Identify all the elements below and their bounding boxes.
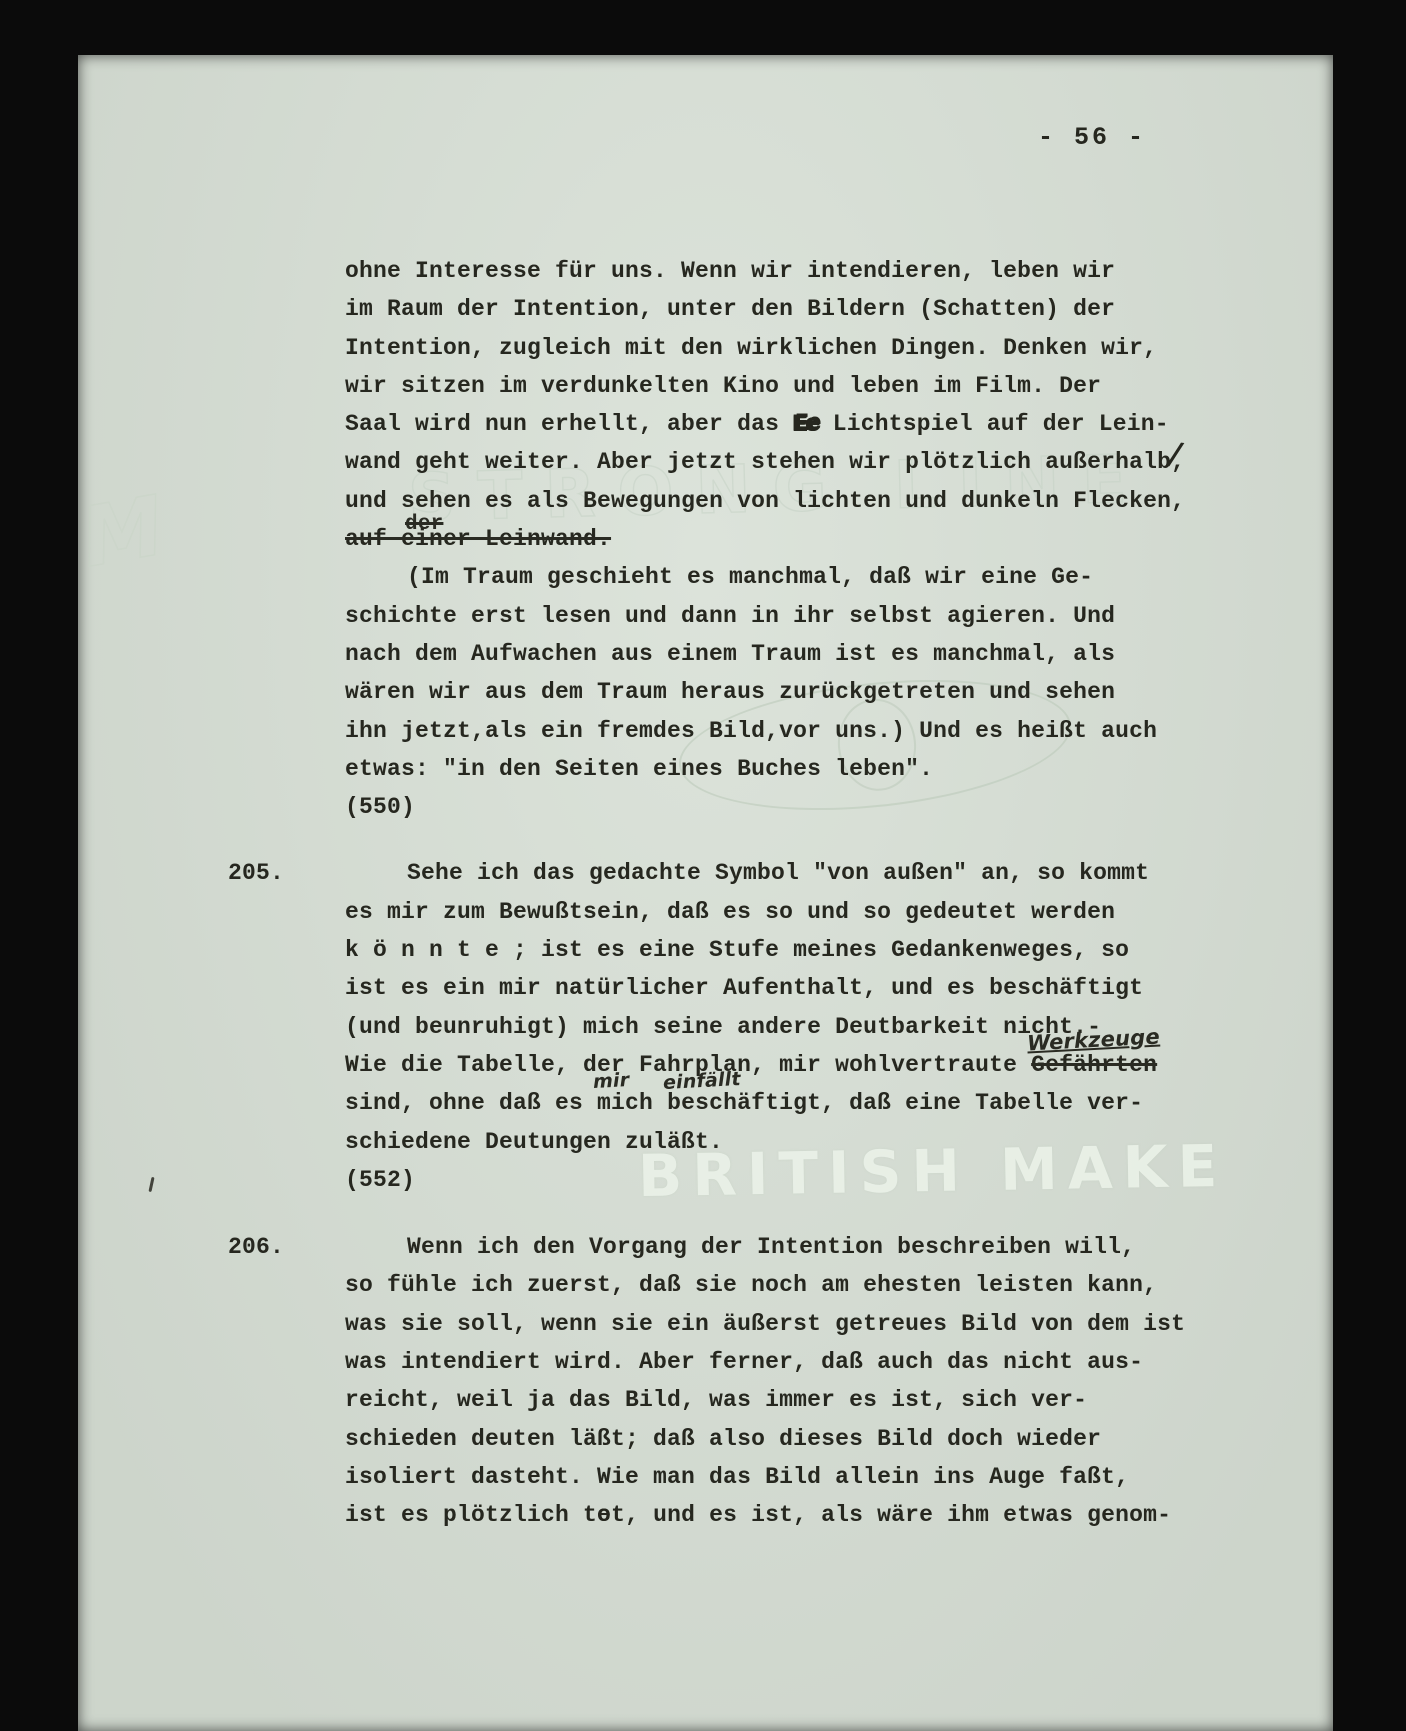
text-line: Saal wird nun erhellt, aber das Ee Licht…	[345, 405, 1195, 443]
text-line: sind, ohne daß es michmir beschäftigt,ei…	[345, 1084, 1195, 1122]
scanned-typescript-photo: { "page": { "number_label": "- 56 -", "p…	[0, 0, 1406, 1731]
section-206: 206.Wenn ich den Vorgang der Intention b…	[345, 1228, 1195, 1534]
typed-text: ist es plötzlich t	[345, 1502, 597, 1528]
text-line: so fühle ich zuerst, daß sie noch am ehe…	[345, 1266, 1195, 1304]
typed-text: schichte erst lesen und dann in ihr selb…	[345, 603, 1115, 629]
typed-text: reicht, weil ja das Bild, was immer es i…	[345, 1387, 1087, 1413]
struck-out-text: auf einer Leinwand.	[345, 526, 611, 552]
text-line: reicht, weil ja das Bild, was immer es i…	[345, 1381, 1195, 1419]
text-line: auf einer Leinwand.	[345, 520, 1195, 558]
text-line: im Raum der Intention, unter den Bildern…	[345, 290, 1195, 328]
typed-text: michmir	[597, 1084, 653, 1122]
handwritten-slash: /	[1168, 436, 1183, 475]
typed-text: wir sitzen im verdunkelten Kino und lebe…	[345, 373, 1101, 399]
typed-text: beschäftigt,einfällt	[667, 1084, 835, 1122]
typed-text: (550)	[345, 794, 415, 820]
typed-text: was intendiert wird. Aber ferner, daß au…	[345, 1349, 1143, 1375]
typed-text: k ö n n t e ; ist es eine Stufe meines G…	[345, 937, 1129, 963]
typed-text: Lichtspiel auf der Lein-	[819, 411, 1169, 437]
typed-text: sehender	[401, 482, 471, 520]
typed-text: (552)	[345, 1167, 415, 1193]
text-line: ohne Interesse für uns. Wenn wir intendi…	[345, 252, 1195, 290]
typed-text: was sie soll, wenn sie ein äußerst getre…	[345, 1311, 1185, 1337]
text-line: Wie die Tabelle, der Fahrplan, mir wohlv…	[345, 1046, 1195, 1084]
text-line: was sie soll, wenn sie ein äußerst getre…	[345, 1305, 1195, 1343]
text-line: Wenn ich den Vorgang der Intention besch…	[345, 1228, 1195, 1266]
typed-text: ,/	[1171, 443, 1185, 481]
text-line: ist es plötzlich teot, und es ist, als w…	[345, 1496, 1195, 1534]
typed-text: im Raum der Intention, unter den Bildern…	[345, 296, 1115, 322]
typed-text: Wenn ich den Vorgang der Intention besch…	[407, 1234, 1135, 1260]
text-line: Sehe ich das gedachte Symbol "von außen"…	[345, 854, 1195, 892]
typed-text: Saal wird nun erhellt, aber das	[345, 411, 793, 437]
text-line: nach dem Aufwachen aus einem Traum ist e…	[345, 635, 1195, 673]
text-line: Intention, zugleich mit den wirklichen D…	[345, 329, 1195, 367]
typed-text: daß eine Tabelle ver-	[835, 1090, 1143, 1116]
text-column: ohne Interesse für uns. Wenn wir intendi…	[345, 252, 1195, 1535]
typed-text: nach dem Aufwachen aus einem Traum ist e…	[345, 641, 1115, 667]
text-line: (550)	[345, 788, 1195, 826]
text-line: k ö n n t e ; ist es eine Stufe meines G…	[345, 931, 1195, 969]
typed-text: t, und es ist, als wäre ihm etwas genom-	[611, 1502, 1171, 1528]
typed-text: (und beunruhigt) mich seine andere Deutb…	[345, 1014, 1101, 1040]
typed-text: ohne Interesse für uns. Wenn wir intendi…	[345, 258, 1115, 284]
section-number: 205.	[228, 854, 284, 892]
typed-text: ist es ein mir natürlicher Aufenthalt, u…	[345, 975, 1143, 1001]
typed-text: (Im Traum geschieht es manchmal, daß wir…	[407, 564, 1093, 590]
typed-text: Intention, zugleich mit den wirklichen D…	[345, 335, 1157, 361]
handwritten-annotation: Werkzeuge	[1026, 1017, 1161, 1062]
text-line: schieden deuten läßt; daß also dieses Bi…	[345, 1420, 1195, 1458]
text-line: und sehender es als Bewegungen von licht…	[345, 482, 1195, 520]
section-205: 205.Sehe ich das gedachte Symbol "von au…	[345, 854, 1195, 1199]
overtyped-character: o	[597, 1496, 611, 1534]
typed-text: so fühle ich zuerst, daß sie noch am ehe…	[345, 1272, 1157, 1298]
text-line: (552)	[345, 1161, 1195, 1199]
struck-out-text: GefährtenWerkzeuge	[1031, 1046, 1157, 1084]
typed-text: Sehe ich das gedachte Symbol "von außen"…	[407, 860, 1149, 886]
typed-text: ihn jetzt,als ein fremdes Bild,vor uns.)…	[345, 718, 1157, 744]
text-line: isoliert dasteht. Wie man das Bild allei…	[345, 1458, 1195, 1496]
typed-text: sind, ohne daß es	[345, 1090, 597, 1116]
text-line: ist es ein mir natürlicher Aufenthalt, u…	[345, 969, 1195, 1007]
typed-text: wären wir aus dem Traum heraus zurückget…	[345, 679, 1115, 705]
text-line: es mir zum Bewußtsein, daß es so und so …	[345, 893, 1195, 931]
overtyped-blot: Ee	[793, 411, 819, 437]
typed-text: isoliert dasteht. Wie man das Bild allei…	[345, 1464, 1129, 1490]
handwritten-annotation: einfällt	[662, 1060, 742, 1102]
paper-watermark-letter: M	[74, 479, 171, 587]
text-line: wand geht weiter. Aber jetzt stehen wir …	[345, 443, 1195, 481]
margin-pen-mark	[148, 1177, 154, 1192]
typescript-page: STRONG LINE M BRITISH MAKE - 56 - ohne I…	[78, 55, 1333, 1731]
text-line: (Im Traum geschieht es manchmal, daß wir…	[345, 558, 1195, 596]
typed-text: schiedene Deutungen zuläßt.	[345, 1129, 723, 1155]
continuation-paragraph: ohne Interesse für uns. Wenn wir intendi…	[345, 252, 1195, 826]
text-line: schiedene Deutungen zuläßt.	[345, 1123, 1195, 1161]
text-line: wären wir aus dem Traum heraus zurückget…	[345, 673, 1195, 711]
text-line: schichte erst lesen und dann in ihr selb…	[345, 597, 1195, 635]
text-line: was intendiert wird. Aber ferner, daß au…	[345, 1343, 1195, 1381]
handwritten-annotation: mir	[592, 1061, 630, 1101]
text-line: etwas: "in den Seiten eines Buches leben…	[345, 750, 1195, 788]
text-line: ihn jetzt,als ein fremdes Bild,vor uns.)…	[345, 712, 1195, 750]
typed-text: und	[345, 488, 401, 514]
text-line: wir sitzen im verdunkelten Kino und lebe…	[345, 367, 1195, 405]
typed-text: etwas: "in den Seiten eines Buches leben…	[345, 756, 933, 782]
typed-text: schieden deuten läßt; daß also dieses Bi…	[345, 1426, 1101, 1452]
typed-text: es als Bewegungen von lichten und dunkel…	[471, 488, 1185, 514]
typed-text: wand geht weiter. Aber jetzt stehen wir …	[345, 449, 1171, 475]
typed-text: eo	[597, 1496, 611, 1534]
section-number: 206.	[228, 1228, 284, 1266]
typed-text: es mir zum Bewußtsein, daß es so und so …	[345, 899, 1115, 925]
page-number: - 56 -	[1038, 123, 1146, 152]
